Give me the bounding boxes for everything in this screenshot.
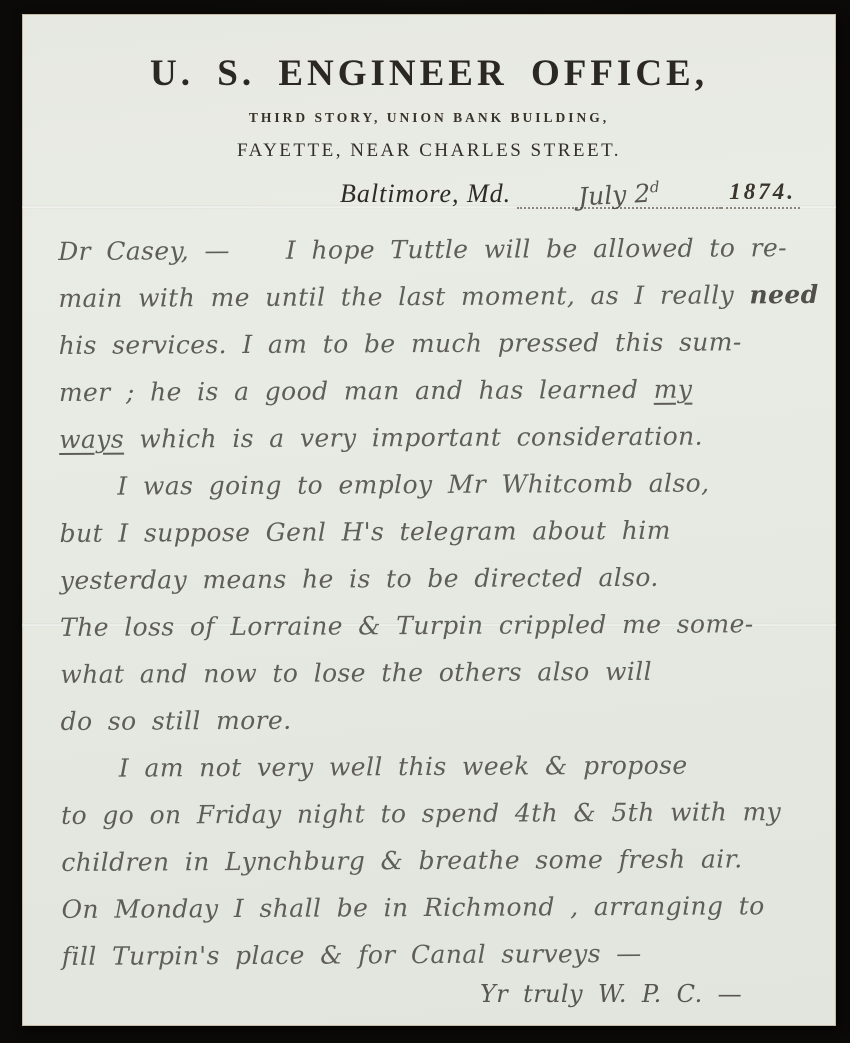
letter-line: what and now to lose the others also wil… bbox=[60, 647, 800, 698]
letterhead-address-line1: THIRD STORY, UNION BANK BUILDING, bbox=[22, 110, 836, 126]
letter-text-segment: I was going to employ Mr Whitcomb also, bbox=[117, 469, 709, 501]
dateline: Baltimore, Md. July 2d 1874. bbox=[340, 167, 800, 209]
letter-text-segment: his services. I am to be much pressed th… bbox=[59, 327, 742, 360]
letter-line: I am not very well this week & propose bbox=[61, 741, 801, 792]
letterhead-title: U. S. ENGINEER OFFICE, bbox=[22, 52, 836, 95]
signature: Yr truly W. P. C. — bbox=[60, 971, 800, 1018]
letter-text-segment: children in Lynchburg & breathe some fre… bbox=[61, 844, 742, 877]
letter-text-segment: fill Turpin's place & for Canal surveys … bbox=[62, 939, 642, 971]
letter-text-segment: which is a very important consideration. bbox=[124, 422, 703, 454]
letter-line: main with me until the last moment, as I… bbox=[58, 271, 798, 322]
letter-text-segment: I am not very well this week & propose bbox=[119, 751, 688, 783]
letter-text-segment: mer ; he is a good man and has learned bbox=[59, 375, 654, 407]
letter-line: children in Lynchburg & breathe some fre… bbox=[61, 835, 801, 886]
letter-text-segment: Dr Casey, — bbox=[58, 227, 230, 275]
letter-text-segment: The loss of Lorraine & Turpin crippled m… bbox=[60, 609, 754, 642]
place-label: Baltimore, Md. bbox=[340, 179, 517, 209]
letter-line: but I suppose Genl H's telegram about hi… bbox=[60, 506, 800, 557]
letter-text-segment: I hope Tuttle will be allowed to re- bbox=[286, 233, 787, 265]
letter-text-segment: yesterday means he is to be directed als… bbox=[60, 563, 659, 595]
letter-text-segment: but I suppose Genl H's telegram about hi… bbox=[60, 516, 671, 548]
letter-body: Dr Casey, —I hope Tuttle will be allowed… bbox=[58, 224, 802, 980]
letter-line: mer ; he is a good man and has learned m… bbox=[59, 365, 799, 416]
letter-text-segment: what and now to lose the others also wil… bbox=[60, 657, 652, 689]
letter-line: his services. I am to be much pressed th… bbox=[59, 318, 799, 369]
letter-text-segment: ways bbox=[59, 425, 124, 454]
signature-row: Yr truly W. P. C. — bbox=[60, 1011, 800, 1018]
letter-line: Dr Casey, —I hope Tuttle will be allowed… bbox=[58, 224, 798, 275]
letter-line: The loss of Lorraine & Turpin crippled m… bbox=[60, 600, 800, 651]
letter-text-segment: do so still more. bbox=[61, 706, 292, 736]
letter-page: U. S. ENGINEER OFFICE, THIRD STORY, UNIO… bbox=[22, 14, 836, 1026]
letterhead-address-line2: FAYETTE, NEAR CHARLES STREET. bbox=[22, 140, 836, 162]
letter-text-segment: need bbox=[749, 280, 818, 309]
letterhead: U. S. ENGINEER OFFICE, THIRD STORY, UNIO… bbox=[22, 52, 836, 162]
letter-line: On Monday I shall be in Richmond , arran… bbox=[61, 882, 801, 933]
date-leader-dots: July 2d bbox=[517, 167, 721, 209]
letter-text-segment: my bbox=[654, 375, 693, 404]
year-label: 1874. bbox=[721, 179, 800, 209]
handwritten-date: July 2d bbox=[578, 178, 661, 212]
letter-line: yesterday means he is to be directed als… bbox=[60, 553, 800, 604]
letter-text-segment: On Monday I shall be in Richmond , arran… bbox=[62, 891, 765, 924]
letter-text-segment: main with me until the last moment, as I… bbox=[58, 280, 749, 313]
letter-line: to go on Friday night to spend 4th & 5th… bbox=[61, 788, 801, 839]
letter-text-segment: to go on Friday night to spend 4th & 5th… bbox=[61, 797, 781, 830]
letter-line: do so still more. bbox=[60, 694, 800, 745]
letter-line: I was going to employ Mr Whitcomb also, bbox=[59, 459, 799, 510]
letter-line: ways which is a very important considera… bbox=[59, 412, 799, 463]
